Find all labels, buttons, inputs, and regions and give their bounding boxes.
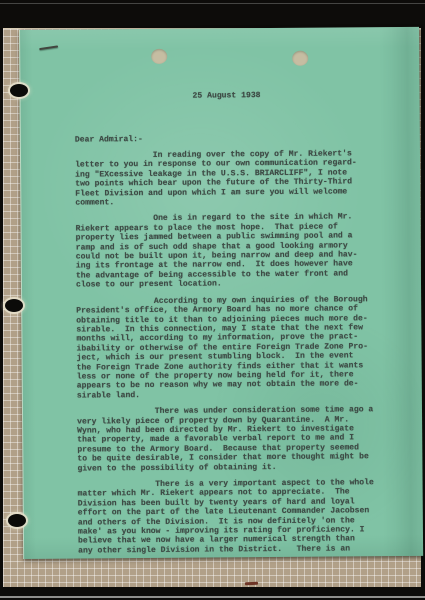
paragraph: In reading over the copy of Mr. Riekert'… (75, 149, 391, 208)
salutation: Dear Admiral:- (75, 135, 143, 145)
scan-frame: 25 August 1938 Dear Admiral:- In reading… (0, 0, 425, 600)
date-line: 25 August 1938 (192, 91, 260, 101)
punch-hole-icon (151, 49, 167, 64)
binder-hole-icon (8, 514, 26, 527)
letter-page: 25 August 1938 Dear Admiral:- In reading… (19, 27, 423, 559)
paragraph: According to my own inquiries of the Bor… (76, 295, 393, 401)
scan-edge-line-bottom (0, 596, 425, 598)
binder-hole-icon (5, 299, 23, 312)
scan-edge-line-top (0, 3, 425, 4)
letter-body: In reading over the copy of Mr. Riekert'… (75, 149, 394, 563)
paragraph: One is in regard to the site in which Mr… (75, 213, 392, 291)
paragraph: There was under consideration some time … (77, 405, 394, 473)
staple-icon (39, 45, 58, 50)
punch-hole-icon (292, 51, 308, 66)
paragraph: There is a very important aspect to the … (78, 478, 395, 556)
binder-hole-icon (10, 84, 28, 97)
